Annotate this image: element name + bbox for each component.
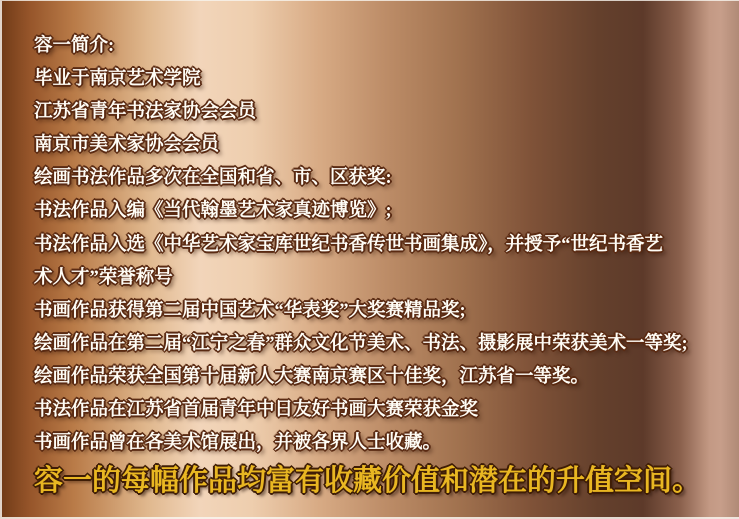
- bio-line-award-5: 绘画作品荣获全国第十届新人大赛南京赛区十佳奖，江苏省一等奖。: [34, 361, 739, 394]
- bio-title: 容一简介:: [34, 30, 739, 63]
- bio-line-education: 毕业于南京艺术学院: [34, 63, 739, 96]
- bio-line-award-1: 书法作品入编《当代翰墨艺术家真迹博览》;: [34, 195, 739, 228]
- bio-line-award-6: 书法作品在江苏省首届青年中日友好书画大赛荣获金奖: [34, 394, 739, 427]
- bio-line-membership-jiangsu: 江苏省青年书法家协会会员: [34, 96, 739, 129]
- bio-line-award-3: 书画作品获得第二届中国艺术“华表奖”大奖赛精品奖;: [34, 295, 739, 328]
- bio-highlight-value-statement: 容一的每幅作品均富有收藏价值和潜在的升值空间。: [34, 461, 739, 501]
- bio-line-membership-nanjing: 南京市美术家协会会员: [34, 129, 739, 162]
- bio-line-award-4: 绘画作品在第二届“江宁之春”群众文化节美术、书法、摄影展中荣获美术一等奖;: [34, 328, 739, 361]
- bio-line-award-2a: 书法作品入选《中华艺术家宝库世纪书香传世书画集成》，并授予“世纪书香艺: [34, 229, 739, 262]
- bio-line-exhibitions: 书画作品曾在各美术馆展出，并被各界人士收藏。: [34, 427, 739, 460]
- bio-line-award-2b: 术人才”荣誉称号: [34, 262, 739, 295]
- bio-text-block: 容一简介: 毕业于南京艺术学院 江苏省青年书法家协会会员 南京市美术家协会会员 …: [34, 30, 739, 501]
- bio-line-awards-intro: 绘画书法作品多次在全国和省、市、区获奖:: [34, 162, 739, 195]
- artist-bio-banner: { "page": { "title": "容一简介" }, "colors":…: [0, 0, 739, 519]
